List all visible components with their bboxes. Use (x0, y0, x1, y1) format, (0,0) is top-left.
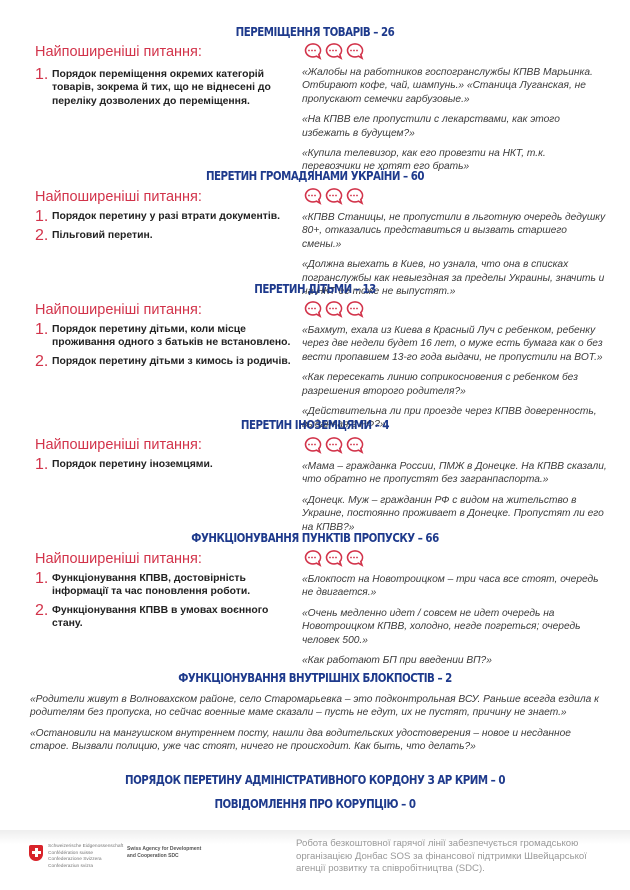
faq-number: 1. (35, 210, 52, 224)
footer: Schweizerische Eidgenossenschaft Confédé… (0, 830, 630, 890)
speech-bubbles-icon (302, 187, 607, 205)
faq-number: 2. (35, 604, 52, 631)
section-title-corruption: ПОВІДОМЛЕННЯ ПРО КОРУПЦІЮ – 0 (57, 796, 574, 811)
faq-item: 1.Порядок перетину дітьми, коли місце пр… (35, 323, 297, 350)
faq-number: 1. (35, 572, 52, 599)
faq-item: 1.Порядок перетину іноземцями. (35, 458, 297, 472)
citizen-quote: «Остановили на мангушском внутреннем пос… (30, 727, 605, 754)
speech-bubbles-icon (302, 42, 607, 60)
faq-label: Найпоширеніші питання: (35, 551, 202, 567)
section-title-foreigners: ПЕРЕТИН ІНОЗЕМЦЯМИ – 4 (57, 417, 574, 432)
quote-list: «Блокпост на Новотроицком – три часа все… (302, 549, 607, 674)
faq-question: Порядок перетину іноземцями. (52, 458, 213, 472)
faq-label: Найпоширеніші питання: (35, 437, 202, 453)
faq-question: Порядок перетину у разі втрати документі… (52, 210, 280, 224)
citizen-quote: «Жалобы на работников госпогранслужбы КП… (302, 66, 607, 106)
section-title-crimea: ПОРЯДОК ПЕРЕТИНУ АДМІНІСТРАТИВНОГО КОРДО… (57, 772, 574, 787)
section-title-internal-blockposts: ФУНКЦІОНУВАННЯ ВНУТРІШНІХ БЛОКПОСТІВ – 2 (57, 670, 574, 685)
faq-list: 1.Порядок перетину дітьми, коли місце пр… (35, 323, 297, 374)
faq-question: Порядок перетину дітьми, коли місце прож… (52, 323, 297, 350)
faq-list: 1.Порядок переміщення окремих категорій … (35, 68, 297, 113)
quote-list: «Жалобы на работников госпогранслужбы КП… (302, 42, 607, 181)
faq-question: Функціонування КПВВ в умовах воєнного ст… (52, 604, 297, 631)
section-title-goods: ПЕРЕМІЩЕННЯ ТОВАРІВ – 26 (57, 24, 574, 39)
faq-number: 1. (35, 458, 52, 472)
faq-number: 1. (35, 68, 52, 108)
citizen-quote: «Блокпост на Новотроицком – три часа все… (302, 573, 607, 600)
speech-bubbles-icon (302, 300, 607, 318)
section-title-checkpoints: ФУНКЦІОНУВАННЯ ПУНКТІВ ПРОПУСКУ – 66 (57, 530, 574, 545)
citizen-quote: «Очень медленно идет / совсем не идет оч… (302, 607, 607, 647)
quote-list: «Мама – гражданка России, ПМЖ в Донецке.… (302, 436, 607, 541)
faq-number: 1. (35, 323, 52, 350)
faq-list: 1.Порядок перетину у разі втрати докумен… (35, 210, 297, 248)
swiss-confederation-names: Schweizerische Eidgenossenschaft Confédé… (48, 844, 123, 870)
swiss-coat-of-arms-icon (29, 845, 43, 861)
citizen-quote: «На КПВВ еле пропустили с лекарствами, к… (302, 113, 607, 140)
citizen-quote: «Донецк. Муж – гражданин РФ с видом на ж… (302, 494, 607, 534)
citizen-quote: «Родители живут в Волновахском районе, с… (30, 693, 605, 720)
citizen-quote: «Как пересекать линию соприкосновения с … (302, 371, 607, 398)
faq-list: 1.Порядок перетину іноземцями. (35, 458, 297, 477)
faq-question: Порядок перетину дітьми з кимось із роди… (52, 355, 291, 369)
faq-item: 1.Функціонування КПВВ, достовірність інф… (35, 572, 297, 599)
credit-text: Робота безкоштовної гарячої лінії забезп… (296, 838, 616, 876)
speech-bubbles-icon (302, 436, 607, 454)
faq-number: 2. (35, 355, 52, 369)
faq-label: Найпоширеніші питання: (35, 189, 202, 205)
faq-list: 1.Функціонування КПВВ, достовірність інф… (35, 572, 297, 635)
section-title-children: ПЕРЕТИН ДІТЬМИ – 13 (57, 281, 574, 296)
faq-item: 1.Порядок переміщення окремих категорій … (35, 68, 297, 108)
section-title-citizens: ПЕРЕТИН ГРОМАДЯНАМИ УКРАЇНИ – 60 (57, 168, 574, 183)
faq-item: 2.Функціонування КПВВ в умовах воєнного … (35, 604, 297, 631)
quote-list: «Родители живут в Волновахском районе, с… (30, 693, 605, 761)
faq-question: Порядок переміщення окремих категорій то… (52, 68, 297, 108)
speech-bubbles-icon (302, 549, 607, 567)
faq-label: Найпоширеніші питання: (35, 302, 202, 318)
faq-question: Пільговий перетин. (52, 229, 153, 243)
citizen-quote: «КПВВ Станицы, не пропустили в льготную … (302, 211, 607, 251)
faq-item: 2.Порядок перетину дітьми з кимось із ро… (35, 355, 297, 369)
faq-item: 2.Пільговий перетин. (35, 229, 297, 243)
agency-name: Swiss Agency for Development and Coopera… (127, 846, 207, 859)
faq-label: Найпоширеніші питання: (35, 44, 202, 60)
citizen-quote: «Бахмут, ехала из Киева в Красный Луч с … (302, 324, 607, 364)
faq-question: Функціонування КПВВ, достовірність інфор… (52, 572, 297, 599)
faq-item: 1.Порядок перетину у разі втрати докумен… (35, 210, 297, 224)
citizen-quote: «Как работают БП при введении ВП?» (302, 654, 607, 667)
citizen-quote: «Мама – гражданка России, ПМЖ в Донецке.… (302, 460, 607, 487)
faq-number: 2. (35, 229, 52, 243)
